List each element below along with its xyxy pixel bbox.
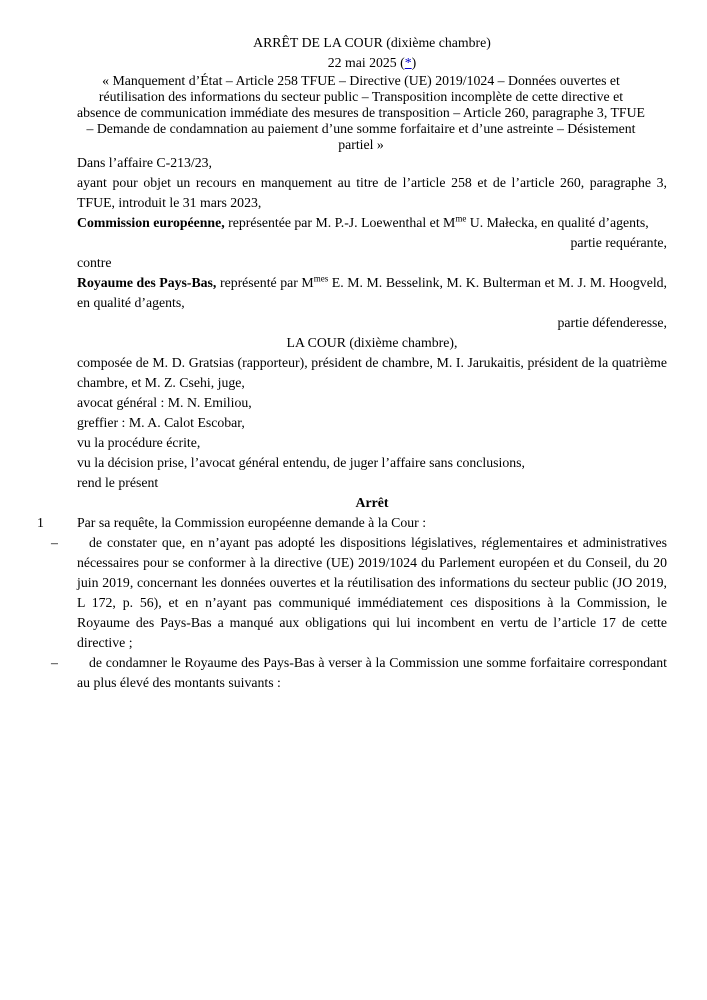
applicant-agents-text: représentée par M. P.-J. Loewenthal et M xyxy=(225,215,456,230)
judgment-heading: Arrêt xyxy=(77,493,667,513)
procedure-seen-line-2: vu la décision prise, l’avocat général e… xyxy=(77,453,667,473)
date-text: 22 mai 2025 ( xyxy=(328,55,405,70)
case-number-line: Dans l’affaire C-213/23, xyxy=(77,153,667,173)
court-formation-line: LA COUR (dixième chambre), xyxy=(77,333,667,353)
advocate-general-line: avocat général : M. N. Emiliou, xyxy=(77,393,667,413)
defendant-role-line: partie défenderesse, xyxy=(77,313,667,333)
claim-1-text: de constater que, en n’ayant pas adopté … xyxy=(77,535,667,650)
paragraph-number: 1 xyxy=(37,513,44,533)
date-line: 22 mai 2025 (*) xyxy=(77,53,667,73)
applicant-honorific-superscript: me xyxy=(455,213,466,223)
registrar-line: greffier : M. A. Calot Escobar, xyxy=(77,413,667,433)
applicant-role-line: partie requérante, xyxy=(77,233,667,253)
defendant-honorific-superscript: mes xyxy=(314,273,329,283)
claim-item-2: –de condamner le Royaume des Pays-Bas à … xyxy=(77,653,667,693)
renders-line: rend le présent xyxy=(77,473,667,493)
applicant-paragraph: Commission européenne, représentée par M… xyxy=(77,213,667,233)
applicant-name: Commission européenne, xyxy=(77,215,225,230)
case-object-paragraph: ayant pour objet un recours en manquemen… xyxy=(77,173,667,213)
dash-marker: – xyxy=(51,653,58,673)
defendant-name: Royaume des Pays-Bas, xyxy=(77,275,216,290)
paragraph-1: 1Par sa requête, la Commission européenn… xyxy=(77,513,667,533)
court-composition-paragraph: composée de M. D. Gratsias (rapporteur),… xyxy=(77,353,667,393)
paragraph-1-text: Par sa requête, la Commission européenne… xyxy=(77,515,426,530)
versus-line: contre xyxy=(77,253,667,273)
date-paren-close: ) xyxy=(412,55,417,70)
claim-item-1: –de constater que, en n’ayant pas adopté… xyxy=(77,533,667,653)
defendant-paragraph: Royaume des Pays-Bas, représenté par Mme… xyxy=(77,273,667,313)
footnote-asterisk-link[interactable]: * xyxy=(405,55,412,70)
procedure-seen-line-1: vu la procédure écrite, xyxy=(77,433,667,453)
defendant-agents-text: représenté par M xyxy=(216,275,313,290)
claim-2-text: de condamner le Royaume des Pays-Bas à v… xyxy=(77,655,667,690)
dash-marker: – xyxy=(51,533,58,553)
judgment-document-page: ARRÊT DE LA COUR (dixième chambre) 22 ma… xyxy=(0,0,707,1000)
keywords-block: « Manquement d’État – Article 258 TFUE –… xyxy=(77,73,645,153)
applicant-agents-text-2: U. Małecka, en qualité d’agents, xyxy=(466,215,648,230)
document-title: ARRÊT DE LA COUR (dixième chambre) xyxy=(77,33,667,53)
